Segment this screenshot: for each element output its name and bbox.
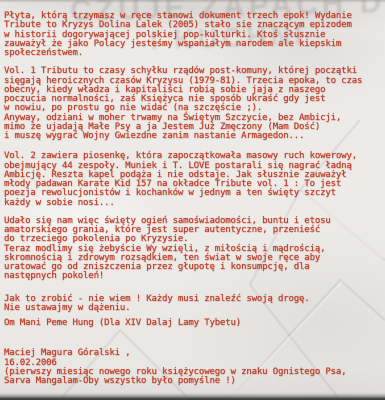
- paragraph-vol1: Vol. 1 Tributu to czasy schyłku rządów p…: [4, 67, 383, 141]
- paragraph-intro: Płyta, którą trzymasz w ręce stanowi dok…: [4, 12, 383, 58]
- scan-edge-top: [0, 0, 385, 3]
- paragraph-how-to: Jak to zrobić - nie wiem ! Każdy musi zn…: [4, 295, 383, 314]
- typed-text-column: Płyta, którą trzymasz w ręce stanowi dok…: [4, 12, 383, 395]
- paragraph-vol2: Vol. 2 zawiera piosenkę, która zapoczątk…: [4, 152, 383, 208]
- paragraph-holy-fire: Udało się nam więc święty ogień samoświa…: [4, 217, 383, 282]
- liner-notes-scan-page: CZUJE ZAPACH DO I KUCHNI Płyta, którą tr…: [0, 0, 385, 400]
- paragraph-signature: Maciej Magura Góralski , 16.02.2006 (pie…: [4, 349, 383, 386]
- paragraph-mantra: Om Mani Peme Hung (Dla XIV Dalaj Lamy Ty…: [4, 319, 383, 328]
- scan-edge-bottom: [0, 393, 385, 400]
